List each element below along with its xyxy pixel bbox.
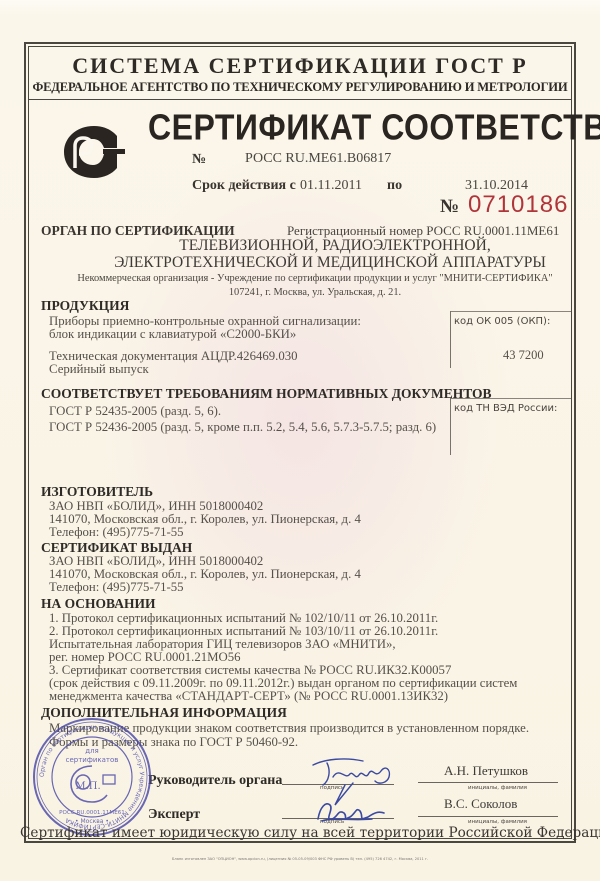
svg-text:• Москва •: • Москва • xyxy=(75,818,109,825)
head-of-body-label: Руководитель органа xyxy=(148,773,282,789)
certification-body-address: 107241, г. Москва, ул. Уральская, д. 21. xyxy=(0,287,600,298)
product-line: блок индикации с клавиатурой «С2000-БКИ» xyxy=(49,328,296,341)
certification-body-description: Некоммерческая организация - Учреждение … xyxy=(0,273,600,284)
basis-heading: НА ОСНОВАНИИ xyxy=(41,596,155,612)
svg-text:М.П.: М.П. xyxy=(75,781,100,792)
expert-name: В.С. Соколов xyxy=(444,796,517,812)
header-divider xyxy=(28,99,572,100)
agency-name: ФЕДЕРАЛЬНОЕ АГЕНТСТВО ПО ТЕХНИЧЕСКОМУ РЕ… xyxy=(28,80,572,95)
basis-line: менеджмента качества «СТАНДАРТ-СЕРТ» (№ … xyxy=(49,690,448,703)
tnved-code-label: код ТН ВЭД России: xyxy=(454,403,557,414)
form-number-label: № xyxy=(440,196,459,218)
form-number: 0710186 xyxy=(468,191,568,219)
valid-from-date: 01.11.2011 xyxy=(300,178,362,194)
system-title: СИСТЕМА СЕРТИФИКАЦИИ ГОСТ Р xyxy=(0,53,600,79)
svg-text:сертификатов: сертификатов xyxy=(66,756,119,764)
svg-text:для: для xyxy=(85,747,99,755)
legal-validity-note: Сертификат имеет юридическую силу на все… xyxy=(0,825,600,841)
expert-name-line xyxy=(418,816,558,817)
official-stamp-icon: Орган по сертификации продукции и услуг … xyxy=(31,716,153,838)
okp-code-value: 43 7200 xyxy=(503,348,544,363)
certification-body-name-line1: ТЕЛЕВИЗИОННОЙ, РАДИОЭЛЕКТРОННОЙ, xyxy=(0,237,600,255)
svg-text:РОСС RU.0001.11МЕ61: РОСС RU.0001.11МЕ61 xyxy=(59,810,125,816)
okp-box-left xyxy=(450,311,451,368)
head-name-line xyxy=(418,782,558,783)
product-heading: ПРОДУКЦИЯ xyxy=(41,298,129,314)
issued-to-line: Телефон: (495)775-71-55 xyxy=(49,581,184,594)
printer-imprint: Бланк изготовлен ЗАО "ОПЦИОН", www.opcio… xyxy=(0,857,600,861)
certificate-number: РОСС RU.МЕ61.В06817 xyxy=(245,151,391,167)
manufacturer-heading: ИЗГОТОВИТЕЛЬ xyxy=(41,484,153,500)
rst-gost-logo-icon xyxy=(62,124,126,180)
okp-code-label: код ОК 005 (ОКП): xyxy=(454,316,550,327)
name-caption: инициалы, фамилия xyxy=(468,785,527,791)
head-name: А.Н. Петушков xyxy=(444,763,528,779)
expert-signature-icon xyxy=(312,799,392,825)
normative-heading: СООТВЕТСТВУЕТ ТРЕБОВАНИЯМ НОРМАТИВНЫХ ДО… xyxy=(41,386,492,402)
normative-line: ГОСТ Р 52436-2005 (разд. 5, кроме п.п. 5… xyxy=(49,421,436,434)
document-title: СЕРТИФИКАТ СООТВЕТСТВИЯ xyxy=(148,107,600,148)
valid-to-label: по xyxy=(387,178,402,194)
validity-label: Срок действия с xyxy=(192,178,296,194)
certificate-number-label: № xyxy=(192,152,206,168)
okp-box-top xyxy=(450,311,571,312)
certification-body-name-line2: ЭЛЕКТРОТЕХНИЧЕСКОЙ И МЕДИЦИНСКОЙ АППАРАТ… xyxy=(0,254,600,272)
tnved-box-top xyxy=(450,398,571,399)
tnved-box-left xyxy=(450,398,451,455)
manufacturer-line: Телефон: (495)775-71-55 xyxy=(49,526,184,539)
product-line: Серийный выпуск xyxy=(49,363,149,376)
normative-line: ГОСТ Р 52435-2005 (разд. 5, 6). xyxy=(49,405,221,418)
expert-label: Эксперт xyxy=(148,807,200,823)
